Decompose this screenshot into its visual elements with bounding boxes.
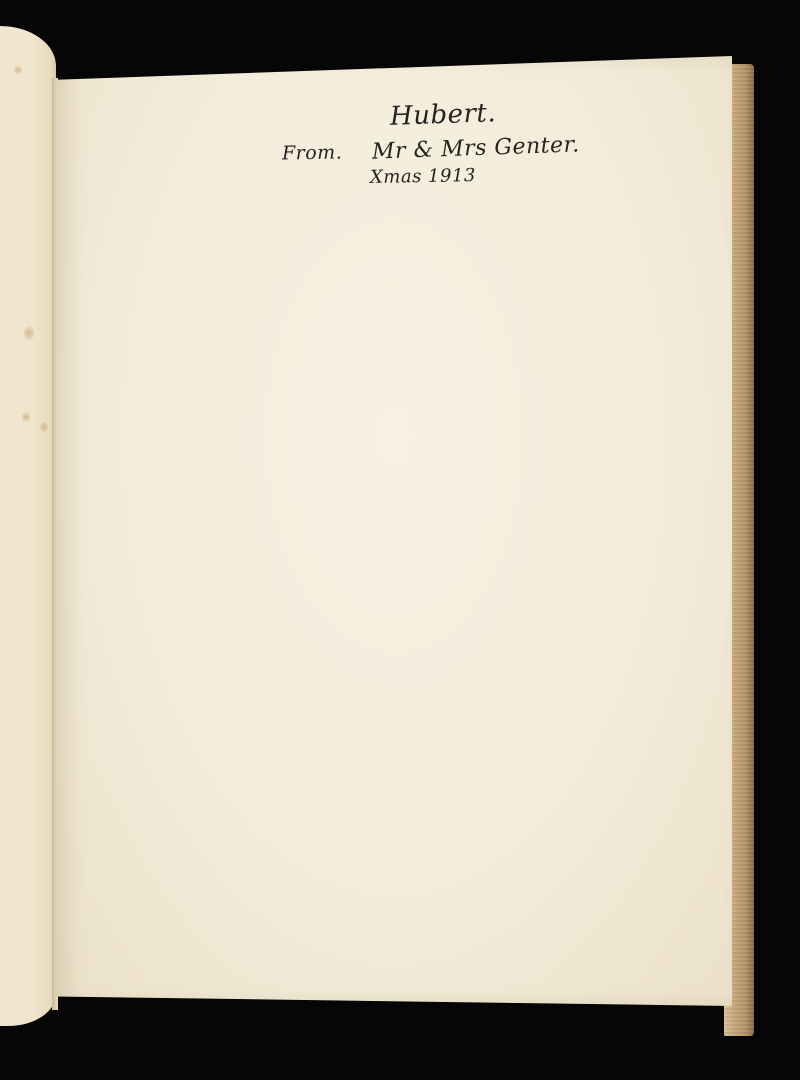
foxing-spot [14, 66, 22, 74]
book-photo: Hubert. From. Mr & Mrs Genter. Xmas 1913 [0, 0, 800, 1080]
left-page [0, 26, 56, 1026]
foxing-spot [40, 422, 48, 432]
foxing-spot [24, 326, 34, 340]
inscription-recipient: Hubert. [390, 98, 497, 132]
flyleaf-page [56, 56, 732, 1006]
inscription-from-label: From. [282, 141, 343, 164]
handwritten-inscription: Hubert. From. Mr & Mrs Genter. Xmas 1913 [268, 96, 608, 196]
inscription-occasion: Xmas 1913 [370, 165, 476, 188]
inscription-giver: Mr & Mrs Genter. [372, 132, 580, 164]
foxing-spot [22, 412, 30, 422]
